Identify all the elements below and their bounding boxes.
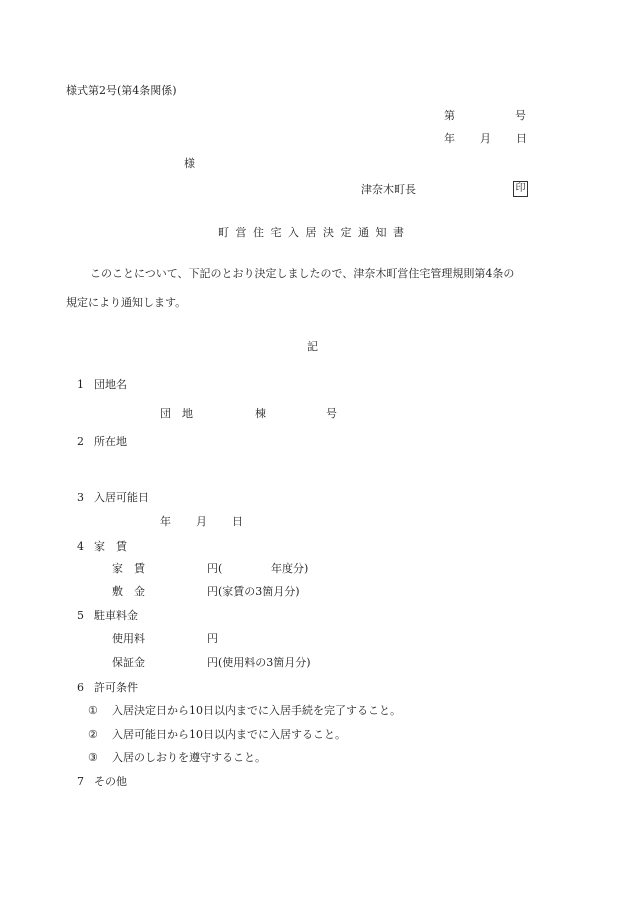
item-5-number: 5 xyxy=(77,609,84,623)
item-6-label: 許可条件 xyxy=(94,681,138,695)
item-2-label: 所在地 xyxy=(94,435,127,449)
condition-2-mark: ② xyxy=(88,728,98,742)
item-3-day: 日 xyxy=(232,515,243,529)
item-3-year: 年 xyxy=(160,515,171,529)
item-5-label: 駐車料金 xyxy=(94,609,138,623)
deposit-value: 円(家賃の3箇月分) xyxy=(207,585,300,599)
parking-fee-value: 円 xyxy=(207,632,218,646)
rent-label: 家 賃 xyxy=(112,562,145,576)
item-3-number: 3 xyxy=(77,491,84,505)
date-year: 年 xyxy=(444,132,455,146)
item-1-number: 1 xyxy=(77,378,84,392)
number-prefix: 第 xyxy=(444,109,455,123)
ki-heading: 記 xyxy=(307,340,318,354)
rent-suffix: 年度分) xyxy=(271,562,308,576)
item-7-label: その他 xyxy=(94,775,127,789)
addressee-suffix: 様 xyxy=(184,157,195,171)
rent-value: 円( xyxy=(207,562,222,576)
condition-1-text: 入居決定日から10日以内までに入居手続を完了すること。 xyxy=(112,704,401,718)
form-label: 様式第2号(第4条関係) xyxy=(66,84,177,98)
condition-3-text: 入居のしおりを遵守すること。 xyxy=(112,751,266,765)
seal-mark: 印 xyxy=(513,181,528,197)
number-suffix: 号 xyxy=(515,109,526,123)
item-7-number: 7 xyxy=(77,775,84,789)
issuer-name: 津奈木町長 xyxy=(361,183,416,197)
item-1-danchi: 団 地 xyxy=(160,407,193,421)
item-1-room: 号 xyxy=(326,407,337,421)
item-4-label: 家 賃 xyxy=(94,540,127,554)
date-month: 月 xyxy=(480,132,491,146)
item-1-label: 団地名 xyxy=(94,378,127,392)
document-title: 町営住宅入居決定通知書 xyxy=(218,226,411,240)
item-3-month: 月 xyxy=(196,515,207,529)
item-3-label: 入居可能日 xyxy=(94,491,149,505)
item-1-building: 棟 xyxy=(255,407,266,421)
guarantee-label: 保証金 xyxy=(112,656,145,670)
item-6-number: 6 xyxy=(77,681,84,695)
parking-fee-label: 使用料 xyxy=(112,632,145,646)
item-4-number: 4 xyxy=(77,540,84,554)
item-2-number: 2 xyxy=(77,435,84,449)
guarantee-value: 円(使用料の3箇月分) xyxy=(207,656,311,670)
condition-1-mark: ① xyxy=(88,704,98,718)
date-day: 日 xyxy=(516,132,527,146)
body-line-2: 規定により通知します。 xyxy=(66,296,186,310)
deposit-label: 敷 金 xyxy=(112,585,145,599)
condition-2-text: 入居可能日から10日以内までに入居すること。 xyxy=(112,728,346,742)
condition-3-mark: ③ xyxy=(88,751,98,765)
body-line-1: このことについて、下記のとおり決定しましたので、津奈木町営住宅管理規則第4条の xyxy=(90,267,514,281)
